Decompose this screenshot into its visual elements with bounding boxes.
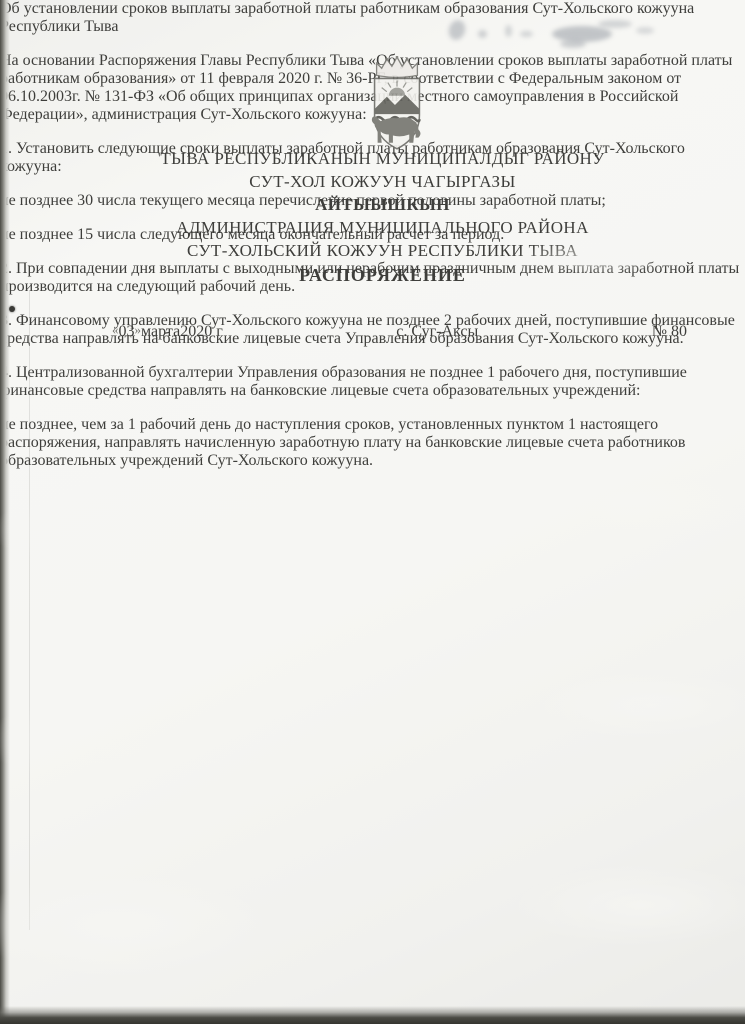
dateline: «03»марта2020 г с. Суг-Аксы № 80 (112, 301, 687, 341)
document-title: Об установлении сроков выплаты заработно… (0, 0, 745, 36)
org-name-ru-line2: СУТ-ХОЛЬСКИЙ КОЖУУН РЕСПУБЛИКИ ТЫВА (60, 239, 705, 262)
org-name-tuvan-line2: СУТ-ХОЛ КОЖУУН ЧАГЫРГАЗЫ (60, 170, 705, 193)
doc-type-ru: РАСПОРЯЖЕНИЕ (60, 264, 705, 287)
place-label: с. Суг-Аксы (396, 323, 478, 341)
scanned-document-page: ТЫВА РЕСПУБЛИКАНЫН МУНИЦИПАЛДЫГ РАЙОНУ С… (0, 0, 745, 1024)
body-paragraph: не позднее, чем за 1 рабочий день до нас… (0, 416, 745, 470)
handwritten-month: марта (141, 323, 180, 340)
day-underline: 03 (119, 323, 135, 341)
body-paragraph: 4. Централизованной бухгалтерии Управлен… (0, 364, 745, 400)
scan-edge-left (0, 0, 10, 1024)
handwritten-number: 80 (671, 323, 687, 340)
number-sign: № (652, 323, 667, 340)
org-name-tuvan-line1: ТЫВА РЕСПУБЛИКАНЫН МУНИЦИПАЛДЫГ РАЙОНУ (60, 147, 705, 170)
scan-edge-bottom (0, 1006, 745, 1024)
doc-type-tuvan: АЙТЫЫШКЫН (60, 193, 705, 216)
smudge-mark (598, 20, 632, 28)
org-name-ru-line1: АДМИНИСТРАЦИЯ МУНИЦИПАЛЬНОГО РАЙОНА (60, 216, 705, 239)
smudge-mark (520, 31, 533, 37)
smudge-mark (636, 27, 654, 34)
handwritten-day: 03 (119, 323, 135, 340)
year-label: 2020 г (180, 323, 223, 340)
number-group: № 80 (652, 323, 687, 341)
smudge-mark (478, 30, 487, 38)
date-group: «03»марта2020 г (112, 322, 223, 341)
month-underline: марта (141, 323, 180, 341)
number-underline: 80 (671, 323, 687, 341)
smudge-mark (552, 26, 612, 42)
paper-crease (29, 290, 30, 930)
coat-of-arms-icon (343, 56, 451, 158)
letterhead: ТЫВА РЕСПУБЛИКАНЫН МУНИЦИПАЛДЫГ РАЙОНУ С… (60, 147, 705, 287)
smudge-mark (560, 40, 586, 48)
smudge-mark (505, 25, 512, 37)
